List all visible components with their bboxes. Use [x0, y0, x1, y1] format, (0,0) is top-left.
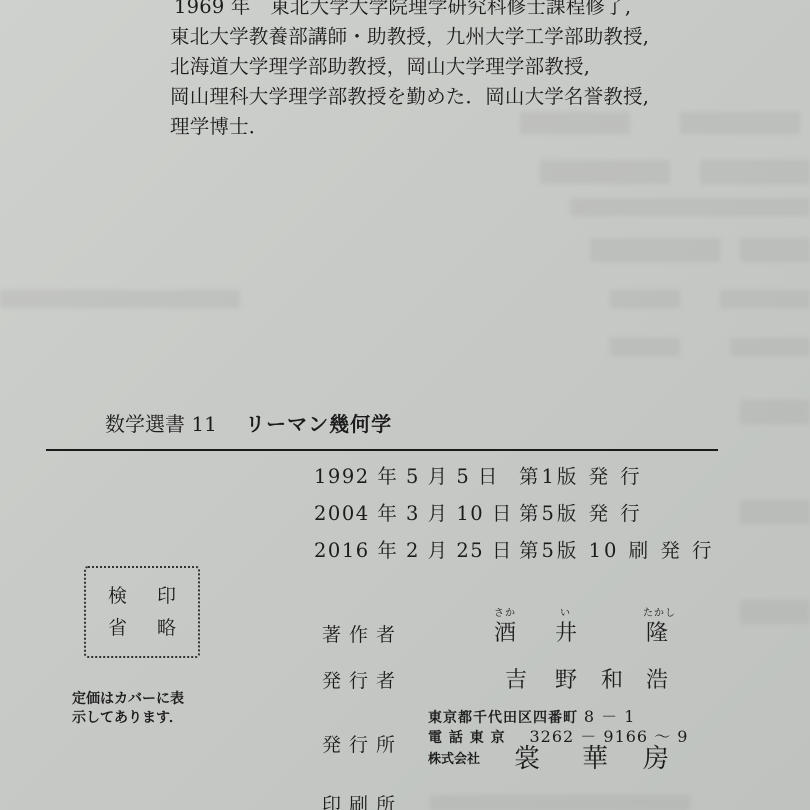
edition-row: 2004 年 3 月 10 日 第5版 発 行	[314, 495, 715, 532]
publisher-label: 発行者	[322, 666, 403, 693]
book-title: リーマン幾何学	[245, 412, 392, 436]
edition-date: 2004 年 3 月 10 日	[314, 496, 519, 532]
show-through-mark	[570, 198, 810, 216]
show-through-mark	[740, 400, 810, 424]
biography-line: 理学博士．	[170, 112, 730, 142]
price-note-line: 示してあります．	[72, 709, 184, 728]
show-through-mark	[430, 795, 690, 810]
company-type: 株式会社	[428, 748, 480, 767]
publisher-name-char: 吉	[505, 663, 527, 694]
show-through-mark	[740, 500, 810, 524]
biography-line: 1969 年 東北大学大学院理学研究科修士課程修了,	[170, 0, 730, 22]
show-through-mark	[610, 290, 680, 308]
edition-date: 1992 年 5 月 5 日	[314, 459, 519, 495]
biography-line: 東北大学教養部講師・助教授，九州大学工学部助教授,	[170, 22, 730, 52]
seal-char: 印	[157, 580, 176, 612]
printer-label: 印刷所	[322, 790, 403, 810]
publisher-name-char: 野	[555, 663, 577, 694]
horizontal-rule	[46, 449, 718, 451]
show-through-mark	[740, 238, 810, 262]
colophon-page: 1969 年 東北大学大学院理学研究科修士課程修了, 東北大学教養部講師・助教授…	[0, 0, 810, 810]
price-note: 定価はカバーに表 示してあります．	[72, 690, 184, 728]
author-biography: 1969 年 東北大学大学院理学研究科修士課程修了, 東北大学教養部講師・助教授…	[170, 0, 730, 142]
author-name-char: 隆	[646, 616, 668, 647]
seal-omitted-box: 検 印 省 略	[84, 566, 200, 658]
edition-date: 2016 年 2 月 25 日	[314, 533, 519, 569]
show-through-mark	[590, 238, 720, 262]
price-note-line: 定価はカバーに表	[72, 690, 184, 709]
show-through-mark	[740, 600, 810, 624]
author-label: 著作者	[322, 620, 403, 647]
publisher-name-char: 和	[601, 663, 623, 694]
company-name-char: 華	[582, 738, 608, 775]
publishing-house-label: 発行所	[322, 730, 403, 757]
show-through-mark	[540, 160, 670, 184]
show-through-mark	[730, 338, 810, 356]
seal-row: 省 略	[86, 612, 198, 644]
show-through-mark	[700, 160, 810, 184]
edition-label: 第5版 10 刷 発 行	[519, 533, 715, 569]
seal-char: 略	[157, 612, 176, 644]
show-through-mark	[610, 338, 680, 356]
edition-row: 2016 年 2 月 25 日 第5版 10 刷 発 行	[314, 532, 715, 569]
edition-row: 1992 年 5 月 5 日 第1版 発 行	[314, 458, 715, 495]
seal-char: 検	[108, 580, 127, 612]
series-name: 数学選書 11	[105, 412, 217, 436]
biography-line: 岡山理科大学理学部教授を勤めた．岡山大学名誉教授,	[170, 82, 730, 112]
author-name-char: 井	[555, 616, 577, 647]
show-through-mark	[720, 290, 810, 308]
company-name-char: 房	[643, 738, 669, 775]
seal-row: 検 印	[86, 580, 198, 612]
edition-history: 1992 年 5 月 5 日 第1版 発 行 2004 年 3 月 10 日 第…	[314, 458, 715, 569]
phone-label: 電 話 東 京	[428, 730, 506, 746]
seal-char: 省	[108, 612, 127, 644]
edition-label: 第1版 発 行	[519, 459, 643, 495]
book-title-line: 数学選書 11 リーマン幾何学	[105, 408, 392, 437]
biography-line: 北海道大学理学部助教授，岡山大学理学部教授,	[170, 52, 730, 82]
author-name-char: 酒	[494, 616, 516, 647]
company-name-char: 裳	[514, 738, 540, 775]
edition-label: 第5版 発 行	[519, 496, 643, 532]
publisher-name-char: 浩	[646, 663, 668, 694]
show-through-mark	[0, 290, 240, 308]
